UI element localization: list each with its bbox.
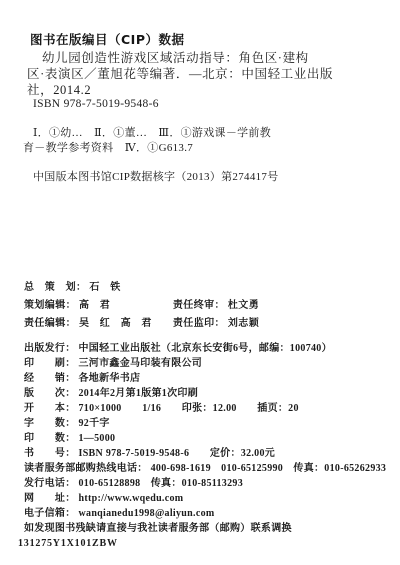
publishing-value: 92千字: [79, 416, 110, 431]
staff-name: 高 君: [79, 300, 110, 311]
publishing-row: 网 址：http://www.wqedu.com: [24, 491, 394, 506]
staff-role-label: 责任编辑：: [24, 318, 76, 329]
publishing-label: 网 址：: [24, 491, 76, 506]
publishing-value: 1—5000: [79, 431, 116, 446]
publishing-value: 400-698-1619 010-65125990 传真：010-6526293…: [151, 461, 387, 476]
publishing-label: 出版发行：: [24, 341, 76, 356]
staff-role-label: 策划编辑：: [24, 300, 76, 311]
staff-role-label: 总 策 划：: [24, 282, 86, 293]
book-copyright-page: 图书在版编目（CIP）数据 幼儿园创造性游戏区域活动指导：角色区·建构 区·表演…: [0, 0, 400, 565]
staff-cell: 责任编辑：吴 红 高 君: [24, 315, 170, 333]
publishing-value: 三河市鑫金马印装有限公司: [79, 356, 203, 371]
isbn-number: ISBN 978-7-5019-9548-6: [33, 98, 159, 110]
email-address: wanqianedu1998@aliyun.com: [79, 506, 215, 521]
cip-description-line: 社，2014.2: [27, 82, 357, 98]
publishing-row: 印 数：1—5000: [24, 431, 394, 446]
publishing-info: 出版发行：中国轻工业出版社（北京东长安街6号，邮编：100740） 印 刷：三河…: [24, 341, 394, 551]
print-batch-code: 131275Y1X101ZBW: [18, 536, 394, 551]
publishing-label: 版 次：: [24, 386, 76, 401]
replacement-notice: 如发现图书残缺请直接与我社读者服务部（邮购）联系调换: [24, 521, 394, 536]
staff-cell: 责任终审：杜文勇: [173, 300, 259, 311]
publishing-label: 开 本：: [24, 401, 76, 416]
publishing-row: 经 销：各地新华书店: [24, 371, 394, 386]
publishing-label: 印 数：: [24, 431, 76, 446]
publishing-row: 字 数：92千字: [24, 416, 394, 431]
staff-name: 石 铁: [89, 282, 120, 293]
staff-row: 总 策 划：石 铁: [24, 279, 384, 297]
publishing-row: 印 刷：三河市鑫金马印装有限公司: [24, 356, 394, 371]
cip-record-number: 中国版本图书馆CIP数据核字（2013）第274417号: [33, 168, 279, 184]
staff-row: 责任编辑：吴 红 高 君 责任监印：刘志颖: [24, 315, 384, 333]
publishing-label: 读者服务部邮购热线电话：: [24, 461, 148, 476]
staff-row: 策划编辑：高 君 责任终审：杜文勇: [24, 297, 384, 315]
publishing-value: 2014年2月第1版第1次印刷: [79, 386, 199, 401]
staff-cell: 责任监印：刘志颖: [173, 318, 259, 329]
publishing-row: 电子信箱：wanqianedu1998@aliyun.com: [24, 506, 394, 521]
classification-line: 育－教学参考资料 Ⅳ．①G613.7: [23, 141, 271, 156]
publishing-value: 010-65128898 传真：010-85113293: [79, 476, 244, 491]
publishing-row: 书 号：ISBN 978-7-5019-9548-6 定价：32.00元: [24, 446, 394, 461]
publishing-label: 经 销：: [24, 371, 76, 386]
publishing-label: 书 号：: [24, 446, 76, 461]
publishing-label: 发行电话：: [24, 476, 76, 491]
publishing-label: 字 数：: [24, 416, 76, 431]
staff-name: 刘志颖: [228, 318, 259, 329]
publishing-label: 电子信箱：: [24, 506, 76, 521]
staff-name: 杜文勇: [228, 300, 259, 311]
classification-line: Ⅰ．①幼… Ⅱ．①董… Ⅲ．①游戏课－学前教: [33, 126, 271, 141]
staff-role-label: 责任监印：: [173, 318, 225, 329]
website-url: http://www.wqedu.com: [79, 491, 184, 506]
staff-cell: 策划编辑：高 君: [24, 297, 170, 315]
publishing-value: ISBN 978-7-5019-9548-6 定价：32.00元: [79, 446, 276, 461]
publishing-row: 出版发行：中国轻工业出版社（北京东长安街6号，邮编：100740）: [24, 341, 394, 356]
publishing-value: 中国轻工业出版社（北京东长安街6号，邮编：100740）: [79, 341, 332, 356]
cip-classification: Ⅰ．①幼… Ⅱ．①董… Ⅲ．①游戏课－学前教 育－教学参考资料 Ⅳ．①G613.…: [23, 126, 271, 156]
cip-description-line: 幼儿园创造性游戏区域活动指导：角色区·建构: [27, 50, 357, 66]
cip-description: 幼儿园创造性游戏区域活动指导：角色区·建构 区·表演区／董旭花等编著．—北京：中…: [27, 50, 357, 98]
publishing-row: 发行电话：010-65128898 传真：010-85113293: [24, 476, 394, 491]
cip-section-title: 图书在版编目（CIP）数据: [30, 30, 185, 48]
publishing-value: 各地新华书店: [79, 371, 141, 386]
staff-credits: 总 策 划：石 铁 策划编辑：高 君 责任终审：杜文勇 责任编辑：吴 红 高 君…: [24, 279, 384, 333]
publishing-label: 印 刷：: [24, 356, 76, 371]
publishing-row: 版 次：2014年2月第1版第1次印刷: [24, 386, 394, 401]
cip-description-line: 区·表演区／董旭花等编著．—北京：中国轻工业出版: [27, 66, 357, 82]
publishing-row: 读者服务部邮购热线电话：400-698-1619 010-65125990 传真…: [24, 461, 394, 476]
staff-role-label: 责任终审：: [173, 300, 225, 311]
publishing-row: 开 本：710×1000 1/16 印张：12.00 插页：20: [24, 401, 394, 416]
staff-name: 吴 红 高 君: [79, 318, 152, 329]
staff-cell: 总 策 划：石 铁: [24, 279, 170, 297]
publishing-value: 710×1000 1/16 印张：12.00 插页：20: [79, 401, 299, 416]
